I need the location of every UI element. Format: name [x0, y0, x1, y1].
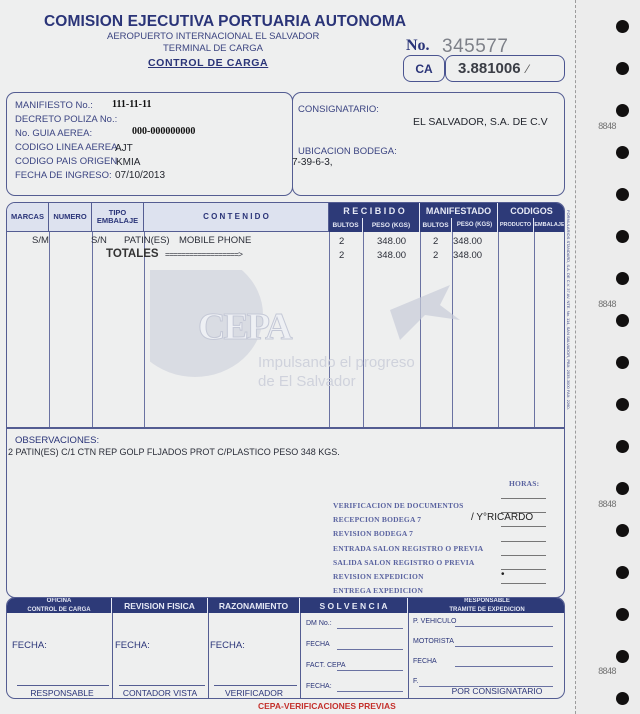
ca-label: CA: [415, 62, 432, 76]
expedicion-field-line[interactable]: [455, 646, 553, 647]
oficina-header: OFICINA CONTROL DE CARGA: [7, 598, 112, 613]
ubicacion-label: UBICACION BODEGA:: [298, 146, 397, 157]
expedicion-field-label: FECHA: [413, 658, 437, 665]
shipment-info-box: MANIFIESTO No.: 111-11-11 DECRETO POLIZA…: [6, 92, 293, 196]
form-copy-footer: CEPA-VERIFICACIONES PREVIAS: [258, 701, 396, 711]
solvencia-field-label: FECHA:: [306, 683, 332, 690]
observaciones-label: OBSERVACIONES:: [15, 435, 99, 446]
expedicion-header-line2: TRAMITE DE EXPEDICION: [449, 607, 524, 613]
checklist-time-line: [501, 541, 546, 542]
solvencia-header: S O L V E N C I A: [300, 598, 408, 613]
verificador-label: VERIFICADOR: [208, 688, 300, 698]
solvencia-field-line[interactable]: [337, 649, 403, 650]
agency-title: COMISION EJECUTIVA PORTUARIA AUTONOMA: [44, 13, 406, 31]
perforation-hole-icon: [616, 188, 629, 201]
row-rec-peso: 348.00: [377, 236, 406, 247]
form-number-label: No.: [406, 37, 430, 55]
terminal-name: TERMINAL DE CARGA: [163, 43, 263, 54]
total-man-peso: 348.00: [453, 250, 482, 261]
col-producto: PRODUCTO: [498, 218, 534, 232]
solvencia-field-label: FACT. CEPA: [306, 662, 346, 669]
totales-arrow: ==================>: [165, 250, 242, 259]
perforation-hole-icon: [616, 692, 629, 705]
responsable-label: RESPONSABLE: [12, 688, 112, 698]
expedicion-field-label: MOTORISTA: [413, 638, 454, 645]
perforation-mark: 8848: [598, 122, 616, 132]
perforation-hole-icon: [616, 524, 629, 537]
expedicion-field-line[interactable]: [455, 626, 553, 627]
col-man-bultos: BULTOS: [420, 218, 452, 232]
totales-label: TOTALES: [106, 248, 159, 260]
ca-value-box: 3.881006 ⁄: [445, 55, 565, 82]
checklist-item-label: VERIFICACION DE DOCUMENTOS: [333, 501, 464, 510]
expedicion-field-label: F.: [413, 678, 418, 685]
guia-value: 000-000000000: [132, 126, 195, 137]
col-embalaje: EMBALAJE: [534, 218, 565, 232]
control-de-carga-form: COMISION EJECUTIVA PORTUARIA AUTONOMA AE…: [0, 0, 575, 714]
perforation-hole-icon: [616, 482, 629, 495]
checklist-item-label: SALIDA SALON REGISTRO O PREVIA: [333, 558, 474, 567]
col-recibido: R E C I B I D O: [329, 203, 420, 218]
revision-fecha-label: FECHA:: [115, 640, 150, 651]
decreto-label: DECRETO POLIZA No.:: [15, 114, 117, 125]
observaciones-text: 2 PATIN(ES) C/1 CTN REP GOLP FLJADOS PRO…: [8, 447, 340, 457]
col-contenido: C O N T E N I D O: [144, 203, 329, 232]
col-rec-bultos: BULTOS: [329, 218, 363, 232]
row-man-peso: 348.00: [453, 236, 482, 247]
pais-label: CODIGO PAIS ORIGEN: [15, 156, 117, 167]
perforation-hole-icon: [616, 230, 629, 243]
col-codigos: CODIGOS: [498, 203, 565, 218]
perforation-hole-icon: [616, 398, 629, 411]
perforation-hole-icon: [616, 62, 629, 75]
perforation-hole-icon: [616, 608, 629, 621]
perforation-hole-icon: [616, 566, 629, 579]
row-tipo: PATIN(ES): [124, 235, 170, 246]
solvencia-field-line[interactable]: [337, 691, 403, 692]
por-consignatario-label: POR CONSIGNATARIO: [437, 686, 557, 696]
expedicion-field-line[interactable]: [455, 666, 553, 667]
perforation-hole-icon: [616, 650, 629, 663]
expedicion-field-label: P. VEHICULO: [413, 618, 456, 625]
checklist-time-line: [501, 583, 546, 584]
horas-label: HORAS:: [509, 479, 539, 488]
checklist-time-line: [501, 555, 546, 556]
row-marcas: S/M: [32, 235, 49, 246]
consignatario-label: CONSIGNATARIO:: [298, 104, 379, 115]
perforation-hole-icon: [616, 20, 629, 33]
checklist-item-value: •: [501, 569, 505, 580]
ubicacion-value: 7-39-6-3,: [292, 157, 333, 168]
perforation-hole-icon: [616, 272, 629, 285]
col-marcas: MARCAS: [7, 203, 49, 232]
row-contenido: MOBILE PHONE: [179, 235, 251, 246]
checklist-item-label: REVISION BODEGA 7: [333, 529, 413, 538]
checklist-item-label: ENTREGA EXPEDICION: [333, 586, 423, 595]
razonamiento-fecha-label: FECHA:: [210, 640, 245, 651]
col-man-peso: PESO (KGS): [452, 218, 498, 232]
checklist-time-line: [501, 569, 546, 570]
expedicion-header-line1: RESPONSABLE: [464, 598, 510, 604]
row-rec-bultos: 2: [339, 236, 344, 247]
perforation-mark: 8848: [598, 500, 616, 510]
solvencia-field-label: DM No.:: [306, 620, 332, 627]
airport-name: AEROPUERTO INTERNACIONAL EL SALVADOR: [107, 31, 319, 42]
oficina-header-line2: CONTROL DE CARGA: [27, 607, 90, 613]
row-numero: S/N: [91, 235, 107, 246]
pais-value: KMIA: [116, 157, 140, 168]
solvencia-field-line[interactable]: [337, 628, 403, 629]
total-rec-peso: 348.00: [377, 250, 406, 261]
checklist-time-line: [501, 498, 546, 499]
signatures-section: OFICINA CONTROL DE CARGA REVISION FISICA…: [6, 597, 565, 699]
expedicion-header: RESPONSABLE TRAMITE DE EXPEDICION: [408, 598, 565, 613]
linea-label: CODIGO LINEA AEREA: [15, 142, 117, 153]
guia-label: No. GUIA AEREA:: [15, 128, 92, 139]
perforation-hole-icon: [616, 356, 629, 369]
tractor-feed-strip: 8848884888488848: [575, 0, 640, 714]
oficina-fecha-label: FECHA:: [12, 640, 47, 651]
perforation-hole-icon: [616, 440, 629, 453]
revision-fisica-header: REVISION FISICA: [112, 598, 208, 613]
linea-value: AJT: [115, 143, 133, 154]
consignee-box: CONSIGNATARIO: EL SALVADOR, S.A. DE C.V …: [292, 92, 565, 196]
ca-value: 3.881006: [458, 60, 521, 77]
checklist-item-label: REVISION EXPEDICION: [333, 572, 424, 581]
ca-label-box: CA: [403, 55, 445, 82]
checklist-item-label: ENTRADA SALON REGISTRO O PREVIA: [333, 544, 483, 553]
observaciones-box: OBSERVACIONES: 2 PATIN(ES) C/1 CTN REP G…: [6, 428, 565, 598]
col-tipo-embalaje: TIPO EMBALAJE: [92, 203, 144, 232]
printer-imprint: FORMULARIOS STANDARD, S.A. DE C.V. 37 AV…: [563, 210, 571, 410]
check-mark-icon: ⁄: [527, 62, 529, 76]
form-title: CONTROL DE CARGA: [148, 57, 268, 69]
perforation-mark: 8848: [598, 300, 616, 310]
perforation-mark: 8848: [598, 667, 616, 677]
col-rec-peso: PESO (KGS): [363, 218, 420, 232]
col-numero: NUMERO: [49, 203, 92, 232]
razonamiento-header: RAZONAMIENTO: [208, 598, 300, 613]
oficina-header-line1: OFICINA: [47, 598, 72, 604]
consignatario-value: EL SALVADOR, S.A. DE C.V: [413, 116, 548, 128]
manifiesto-label: MANIFIESTO No.:: [15, 100, 93, 111]
fecha-ingreso-value: 07/10/2013: [115, 170, 165, 181]
solvencia-field-line[interactable]: [337, 670, 403, 671]
checklist-time-line: [501, 526, 546, 527]
perforation-hole-icon: [616, 314, 629, 327]
row-man-bultos: 2: [433, 236, 438, 247]
solvencia-field-label: FECHA: [306, 641, 330, 648]
total-man-bultos: 2: [433, 250, 438, 261]
goods-table: MARCAS NUMERO TIPO EMBALAJE C O N T E N …: [6, 202, 565, 428]
checklist-item-value: / Y°RICARDO: [471, 512, 533, 523]
total-rec-bultos: 2: [339, 250, 344, 261]
manifiesto-value: 111-11-11: [112, 99, 151, 110]
col-manifestado: MANIFESTADO: [420, 203, 498, 218]
checklist-item-label: RECEPCION BODEGA 7: [333, 515, 421, 524]
fecha-ingreso-label: FECHA DE INGRESO:: [15, 170, 112, 181]
perforation-hole-icon: [616, 104, 629, 117]
perforation-hole-icon: [616, 146, 629, 159]
contador-vista-label: CONTADOR VISTA: [112, 688, 208, 698]
